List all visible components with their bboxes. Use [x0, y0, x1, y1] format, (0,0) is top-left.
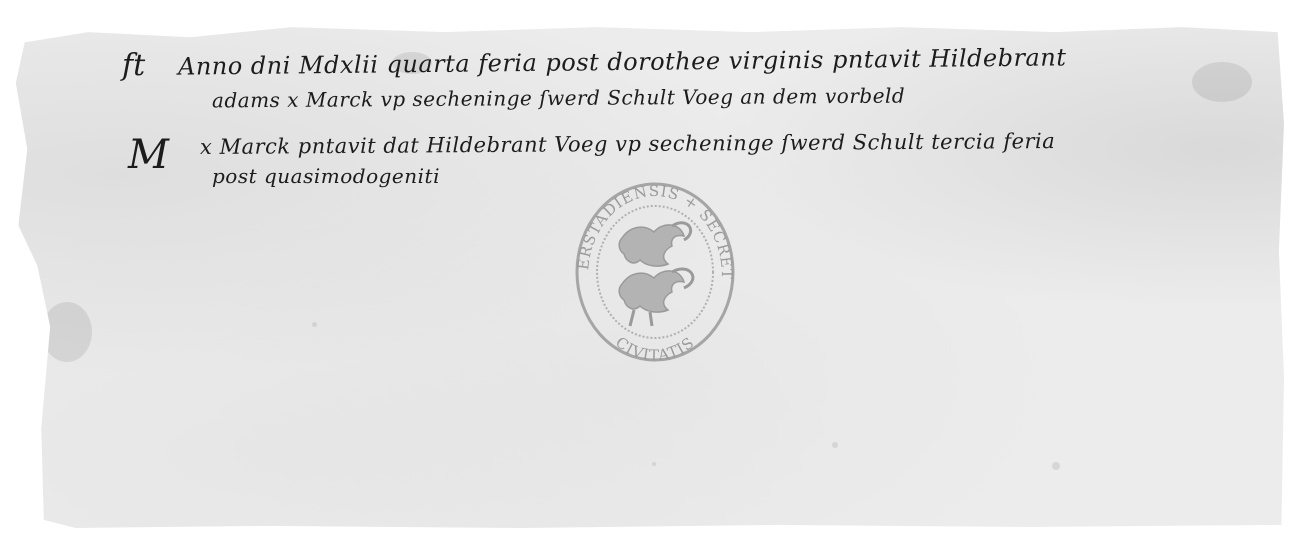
entry-line: adams x Marck vp secheninge ſwerd Schult… — [212, 84, 905, 113]
stain — [42, 302, 92, 362]
stain — [312, 322, 317, 327]
stain — [1052, 462, 1060, 470]
stain — [652, 462, 656, 466]
entry-line: post quasimodogeniti — [212, 164, 440, 188]
stain — [832, 442, 838, 448]
stain — [1192, 62, 1252, 102]
entry-marker: ft — [122, 48, 145, 83]
entry-marker: M — [128, 132, 169, 178]
city-seal-stamp: DUDERSTADIENSIS + SECRETUM CIVITATIS — [572, 176, 738, 364]
seal-icon: DUDERSTADIENSIS + SECRETUM CIVITATIS — [572, 176, 738, 364]
